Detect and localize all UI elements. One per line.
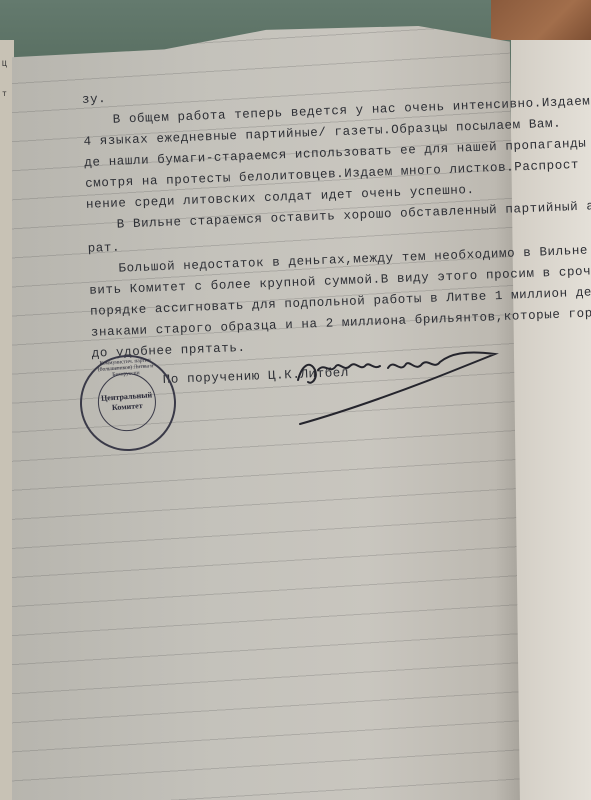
stamp-center-line: Комитет — [112, 401, 143, 413]
text-line: рат. — [87, 241, 120, 256]
text-line: зу. — [82, 92, 107, 107]
handwritten-signature — [290, 340, 510, 430]
